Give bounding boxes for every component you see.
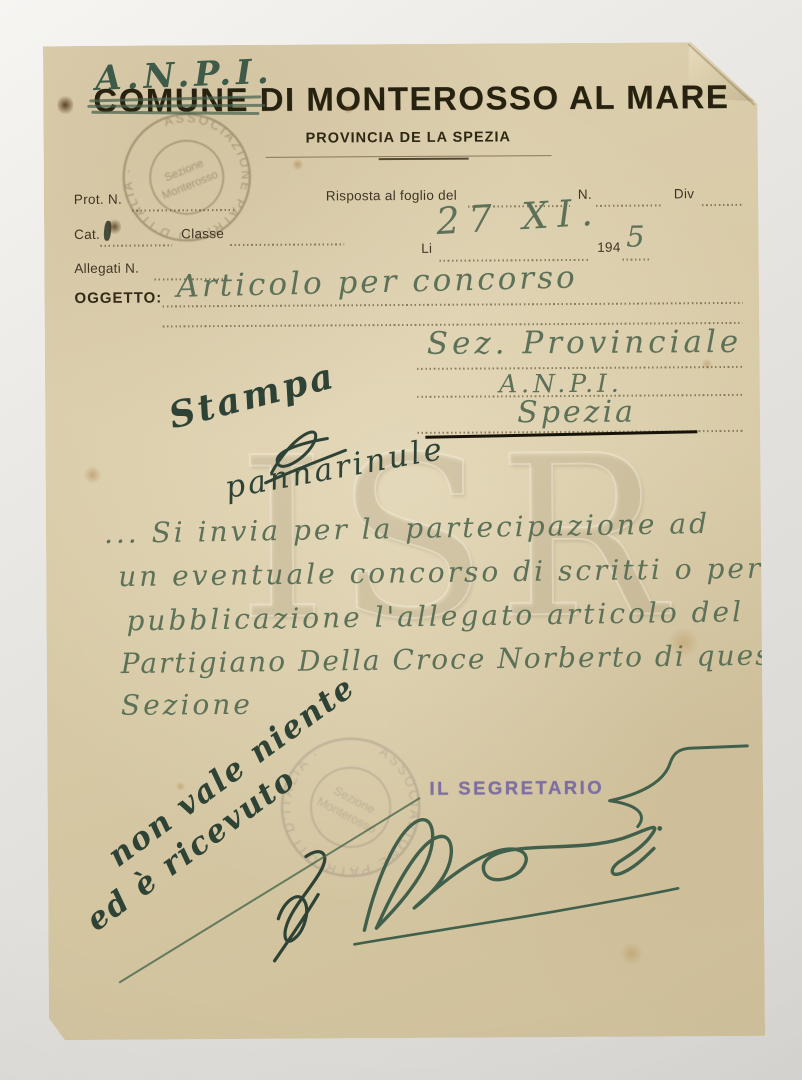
document-sheet: ISR A.N.P.I. COMUNE DI MONTEROSSO AL MAR… — [43, 42, 765, 1040]
div-label: Div — [674, 186, 694, 201]
oggetto-value: Articolo per concorso — [176, 259, 578, 304]
photo-background: ISR A.N.P.I. COMUNE DI MONTEROSSO AL MAR… — [0, 0, 802, 1080]
dotted-line — [622, 258, 650, 260]
document-subtitle: PROVINCIA DE LA SPEZIA — [305, 129, 511, 146]
body-line: Partigiano Della Croce Norberto di quest… — [121, 638, 802, 680]
body-line: un eventuale concorso di scritti o per l… — [118, 551, 802, 593]
header-rule-dark — [379, 158, 469, 160]
stain — [84, 466, 102, 484]
stain — [292, 159, 304, 171]
prot-label: Prot. N. — [74, 192, 122, 207]
cat-label: Cat. — [74, 227, 100, 242]
li-label: Li — [421, 241, 432, 256]
dotted-line — [596, 204, 662, 206]
dotted-line — [230, 243, 344, 246]
dotted-line — [702, 204, 742, 206]
recipient-line1: Sez. Provinciale — [427, 324, 743, 362]
recipient-line3: Spezia — [517, 395, 636, 431]
body-line: Sezione — [121, 688, 253, 722]
allegati-label: Allegati N. — [74, 261, 139, 276]
oggetto-label: OGGETTO: — [74, 289, 162, 307]
ink-mark — [103, 221, 112, 242]
secretary-signature-ink — [347, 732, 758, 975]
year-handwritten: 5 — [626, 220, 645, 254]
diagonal-note-paraph-ink — [244, 842, 345, 993]
date-handwritten: 27 XI. — [435, 190, 603, 243]
stain — [57, 94, 73, 116]
dotted-line — [100, 244, 172, 246]
year-printed: 194 — [597, 240, 621, 255]
classe-label: Classe — [181, 226, 224, 241]
